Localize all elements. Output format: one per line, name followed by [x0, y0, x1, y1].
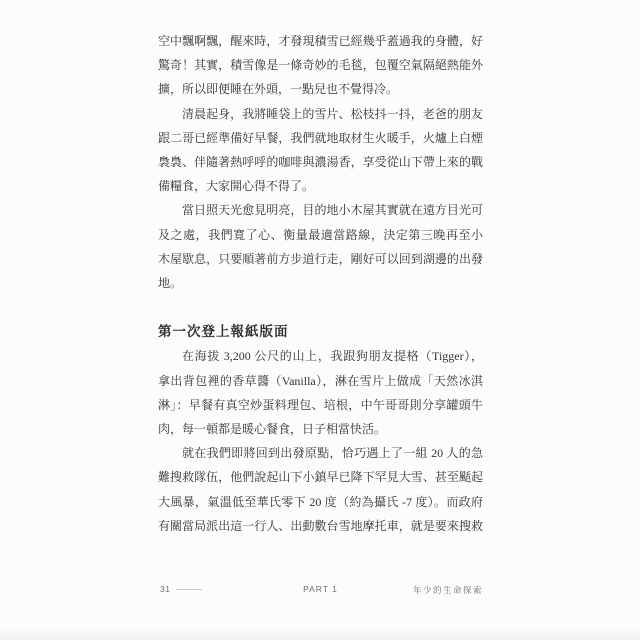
paragraph: 在海拔 3,200 公尺的山上，我跟狗朋友提格（Tigger），拿出背包裡的香草… [158, 344, 483, 441]
section-heading: 第一次登上報紙版面 [158, 320, 483, 344]
text-line: 地。 [158, 271, 483, 295]
text-line: 淋」：早餐有真空炒蛋料理包、培根，中午哥哥則分享罐頭牛 [158, 393, 483, 417]
paragraph: 空中飄啊飄，醒來時，才發現積雪已經幾乎蓋過我的身體，好驚奇！其實，積雪像是一條奇… [158, 29, 483, 102]
text-line: 清晨起身，我將睡袋上的雪片、松枝抖一抖，老爸的朋友 [158, 102, 483, 126]
text-line: 就在我們即將回到出發原點，恰巧遇上了一組 20 人的急 [158, 441, 483, 465]
text-line: 難搜救隊伍，他們說起山下小鎮早已降下罕見大雪、甚至颳起 [158, 465, 483, 489]
text-line: 木屋歇息，只要順著前方步道行走，剛好可以回到湖邊的出發 [158, 247, 483, 271]
chapter-title: 年少的生命探索 [413, 584, 483, 596]
text-line: 及之處，我們寬了心、衡量最適當路線，決定第三晚再至小 [158, 223, 483, 247]
text-line: 驚奇！其實，積雪像是一條奇妙的毛毯，包覆空氣隔絕熱能外 [158, 53, 483, 77]
book-page: 空中飄啊飄，醒來時，才發現積雪已經幾乎蓋過我的身體，好驚奇！其實，積雪像是一條奇… [0, 0, 640, 640]
section-heading-block: 第一次登上報紙版面 [158, 320, 483, 344]
text-line: 裊裊、伴隨著熱呼呼的咖啡與濃湯香，享受從山下帶上來的戰 [158, 150, 483, 174]
text-line: 跟二哥已經準備好早餐，我們就地取材生火暖手，火爐上白煙 [158, 126, 483, 150]
text-line: 在海拔 3,200 公尺的山上，我跟狗朋友提格（Tigger）， [158, 344, 483, 368]
text-line: 有關當局派出這一行人、出動數台雪地摩托車，就是要來搜救 [158, 514, 483, 538]
text-line: 肉，每一頓都是暖心餐食，日子相當快活。 [158, 417, 483, 441]
page-text: 空中飄啊飄，醒來時，才發現積雪已經幾乎蓋過我的身體，好驚奇！其實，積雪像是一條奇… [158, 29, 483, 538]
text-line: 空中飄啊飄，醒來時，才發現積雪已經幾乎蓋過我的身體，好 [158, 29, 483, 53]
text-line: 備糧食，大家開心得不得了。 [158, 174, 483, 198]
text-line: 大風暴，氣溫低至華氏零下 20 度（約為攝氏 -7 度）。而政府 [158, 490, 483, 514]
paragraph: 當日照天光愈見明亮，目的地小木屋其實就在遠方目光可及之處，我們寬了心、衡量最適當… [158, 198, 483, 295]
text-line: 拿出背包裡的香草醬（Vanilla），淋在雪片上做成「天然冰淇 [158, 369, 483, 393]
paragraph: 清晨起身，我將睡袋上的雪片、松枝抖一抖，老爸的朋友跟二哥已經準備好早餐，我們就地… [158, 102, 483, 199]
text-line: 當日照天光愈見明亮，目的地小木屋其實就在遠方目光可 [158, 198, 483, 222]
page-footer: 31 PART 1 年少的生命探索 [158, 584, 483, 600]
text-line: 擴，所以即便睡在外頭，一點兒也不覺得冷。 [158, 77, 483, 101]
paragraph: 就在我們即將回到出發原點，恰巧遇上了一組 20 人的急難搜救隊伍，他們說起山下小… [158, 441, 483, 538]
